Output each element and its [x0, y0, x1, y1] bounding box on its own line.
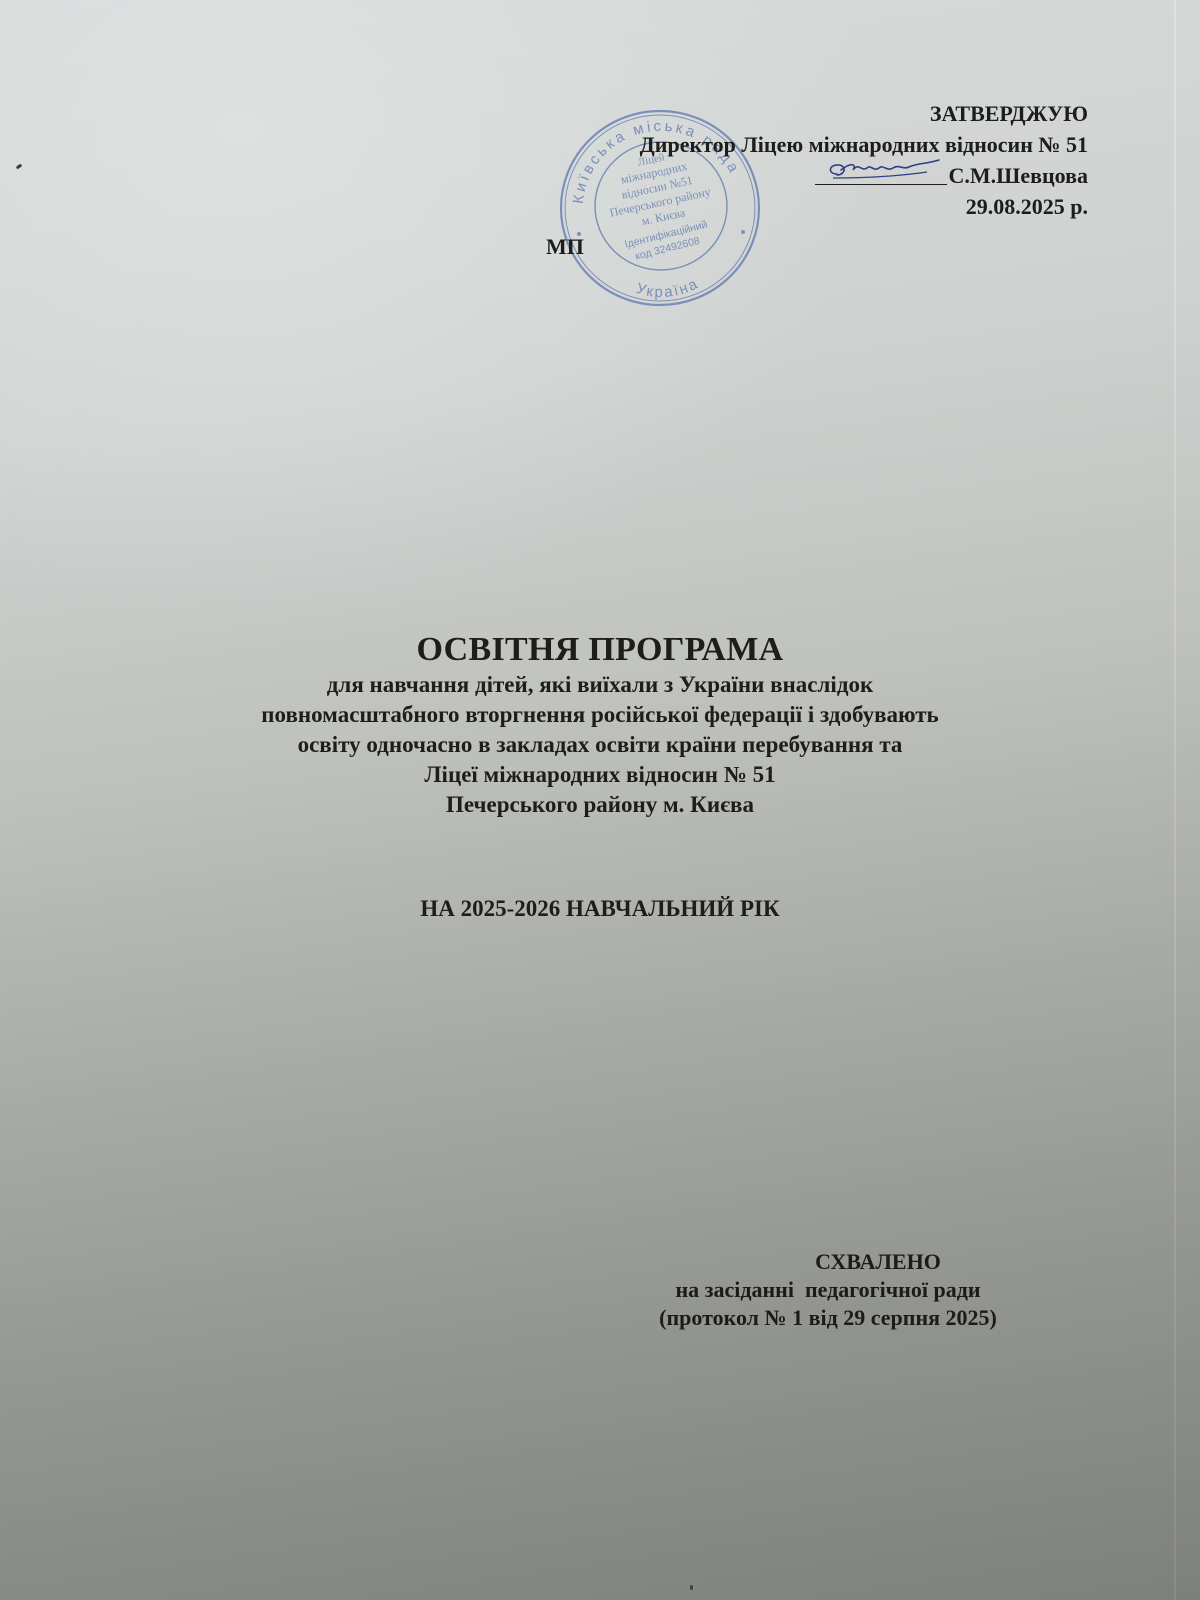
approver-position: Директор Ліцею міжнародних відносин № 51 — [640, 129, 1088, 160]
document-title: ОСВІТНЯ ПРОГРАМА — [0, 630, 1200, 670]
subtitle-line: освіту одночасно в закладах освіти країн… — [0, 730, 1200, 760]
subtitle-line: для навчання дітей, які виїхали з Україн… — [0, 670, 1200, 700]
document-title-block: ОСВІТНЯ ПРОГРАМА для навчання дітей, які… — [0, 630, 1200, 820]
approval-heading: ЗАТВЕРДЖУЮ — [640, 98, 1088, 129]
council-approval-block: СХВАЛЕНО на засіданні педагогічної ради … — [588, 1248, 1068, 1332]
council-meeting-line: на засіданні педагогічної ради — [588, 1276, 1068, 1304]
paper-speck — [690, 1585, 693, 1590]
approval-date: 29.08.2025 р. — [640, 191, 1088, 222]
subtitle-line: Ліцеї міжнародних відносин № 51 — [0, 760, 1200, 790]
seal-mark: МП — [546, 234, 584, 260]
signature — [815, 160, 947, 185]
academic-year: НА 2025-2026 НАВЧАЛЬНИЙ РІК — [0, 896, 1200, 922]
subtitle-line: Печерського району м. Києва — [0, 790, 1200, 820]
stamp-country-text: Україна — [634, 275, 702, 301]
council-heading: СХВАЛЕНО — [588, 1248, 1068, 1276]
paper-speck — [16, 164, 23, 170]
signature-icon — [823, 158, 943, 184]
council-protocol-line: (протокол № 1 від 29 серпня 2025) — [588, 1304, 1068, 1332]
subtitle-line: повномасштабного вторгнення російської ф… — [0, 700, 1200, 730]
approval-block: ЗАТВЕРДЖУЮ Директор Ліцею міжнародних ві… — [640, 98, 1088, 222]
signature-line: С.М.Шевцова — [640, 160, 1088, 191]
signatory-name: С.М.Шевцова — [949, 163, 1088, 188]
